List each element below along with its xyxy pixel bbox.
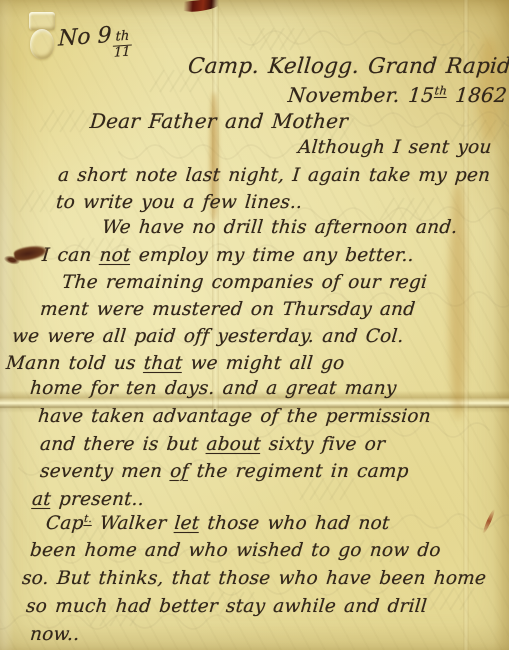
letter-text: Camp. Kellogg. Grand Rapids bbox=[187, 54, 509, 79]
letter-text: home for ten days. and a great many bbox=[29, 378, 397, 399]
letter-text: and there is but bbox=[39, 434, 207, 455]
letter-text: 1862 bbox=[446, 83, 508, 107]
letter-line: ment were mustered on Thursday and bbox=[39, 301, 416, 320]
letter-line: seventy men of the regiment in camp bbox=[39, 463, 409, 482]
letter-text: we might all go bbox=[182, 353, 346, 374]
letter-line: The remaining companies of our regi bbox=[61, 274, 428, 293]
letter-text: so. But thinks, that those who have been… bbox=[21, 568, 487, 589]
letter-text: present.. bbox=[50, 489, 145, 510]
letter-line: now.. bbox=[29, 626, 80, 645]
letter-text: seventy men bbox=[39, 461, 171, 482]
letter-text: those who had not bbox=[198, 513, 390, 534]
letter-text: to write you a few lines.. bbox=[55, 192, 303, 213]
letter-text: Mann told us bbox=[5, 353, 145, 374]
letter-text: employ my time any better.. bbox=[130, 245, 415, 266]
letter-text: of bbox=[169, 461, 189, 482]
letter-text: We have no drill this afternoon and. bbox=[101, 217, 458, 238]
letter-text: a short note last night, I again take my… bbox=[57, 165, 491, 186]
letter-line: Capt. Walker let those who had not bbox=[45, 514, 390, 534]
letter-text: we were all paid off yesterday. and Col. bbox=[11, 326, 404, 347]
letter-line: at present.. bbox=[31, 491, 145, 510]
letter-line: a short note last night, I again take my… bbox=[57, 167, 491, 186]
letter-body: Camp. Kellogg. Grand RapidsNovember. 15t… bbox=[0, 0, 509, 650]
letter-line: so. But thinks, that those who have been… bbox=[21, 570, 487, 589]
letter-line: we were all paid off yesterday. and Col. bbox=[11, 328, 404, 347]
letter-line: home for ten days. and a great many bbox=[29, 380, 397, 399]
letter-text: that bbox=[143, 353, 183, 374]
letter-text: The remaining companies of our regi bbox=[61, 272, 428, 293]
letter-line: have taken advantage of the permission bbox=[37, 408, 431, 427]
letter-line: so much had better stay awhile and drill bbox=[25, 598, 428, 617]
letter-text: ment were mustered on Thursday and bbox=[39, 299, 416, 320]
letter-line: Dear Father and Mother bbox=[89, 111, 349, 131]
letter-text: sixty five or bbox=[260, 434, 386, 455]
letter-text: about bbox=[206, 434, 262, 455]
letter-line: Mann told us that we might all go bbox=[5, 355, 345, 374]
letter-text: have taken advantage of the permission bbox=[37, 406, 432, 427]
letter-line: I can not employ my time any better.. bbox=[41, 247, 415, 266]
letter-text: now.. bbox=[29, 624, 80, 645]
letter-text: the regiment in camp bbox=[188, 461, 410, 482]
letter-text: I can bbox=[41, 245, 100, 266]
letter-text: let bbox=[174, 513, 201, 534]
letter-text: so much had better stay awhile and drill bbox=[25, 596, 428, 617]
letter-sheet: No 9th11 Camp. Kellogg. Grand RapidsNove… bbox=[0, 0, 509, 650]
letter-text: Dear Father and Mother bbox=[89, 109, 349, 133]
letter-text: Cap bbox=[45, 513, 84, 534]
letter-line: Although I sent you bbox=[297, 139, 492, 158]
letter-line: November. 15th 1862 bbox=[287, 85, 508, 105]
letter-line: to write you a few lines.. bbox=[55, 194, 303, 213]
letter-line: We have no drill this afternoon and. bbox=[101, 219, 458, 238]
letter-text: Walker bbox=[91, 513, 176, 534]
letter-text: at bbox=[31, 489, 52, 510]
letter-line: been home and who wished to go now do bbox=[29, 542, 441, 561]
letter-text: Although I sent you bbox=[297, 137, 492, 158]
letter-text: not bbox=[99, 245, 132, 266]
letter-text: November. 15 bbox=[287, 83, 435, 107]
letter-line: and there is but about sixty five or bbox=[39, 436, 386, 455]
letter-text: been home and who wished to go now do bbox=[29, 540, 442, 561]
letter-line: Camp. Kellogg. Grand Rapids bbox=[187, 56, 509, 78]
